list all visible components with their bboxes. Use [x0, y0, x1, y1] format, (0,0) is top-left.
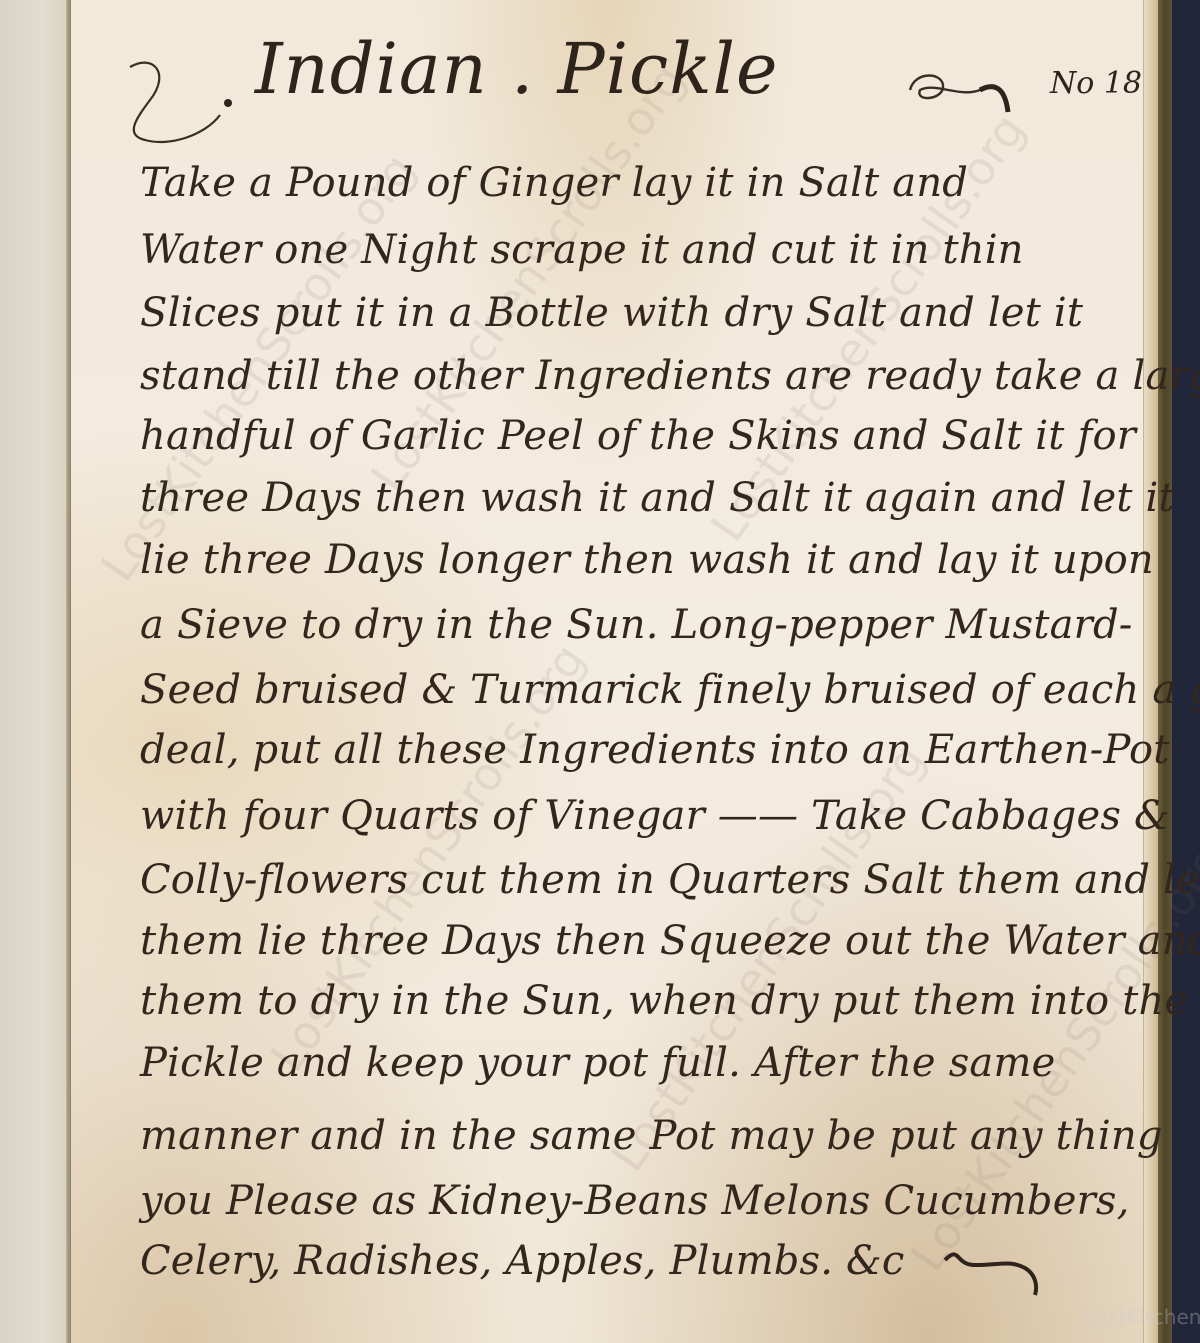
text-line: handful of Garlic Peel of the Skins and … [140, 413, 1136, 459]
right-flourish-icon [905, 60, 1015, 120]
facing-page [0, 0, 70, 1343]
recipe-title: Indian . Pickle [255, 28, 778, 110]
text-line: Take a Pound of Ginger lay it in Salt an… [140, 160, 968, 206]
text-line: Water one Night scrape it and cut it in … [140, 227, 1024, 273]
text-line: Celery, Radishes, Apples, Plumbs. &c [140, 1238, 904, 1284]
watermark-corner: LostKitchenScrolls.org [1085, 1305, 1200, 1329]
text-line: Slices put it in a Bottle with dry Salt … [140, 290, 1083, 336]
text-line: you Please as Kidney-Beans Melons Cucumb… [140, 1178, 1130, 1224]
text-line: deal, put all these Ingredients into an … [140, 727, 1170, 773]
recipe-number: No 18 [1050, 66, 1142, 101]
text-line: them to dry in the Sun, when dry put the… [140, 978, 1188, 1024]
text-line: Seed bruised & Turmarick finely bruised … [140, 667, 1200, 713]
text-line: lie three Days longer then wash it and l… [140, 537, 1154, 583]
left-flourish-icon [110, 55, 270, 155]
end-flourish-icon [940, 1240, 1050, 1300]
text-line: with four Quarts of Vinegar —— Take Cabb… [140, 793, 1170, 839]
text-line: manner and in the same Pot may be put an… [140, 1113, 1163, 1159]
text-line: Colly-flowers cut them in Quarters Salt … [140, 857, 1200, 903]
text-line: three Days then wash it and Salt it agai… [140, 475, 1175, 521]
text-line: stand till the other Ingredients are rea… [140, 353, 1200, 399]
text-line: them lie three Days then Squeeze out the… [140, 918, 1200, 964]
text-line: a Sieve to dry in the Sun. Long-pepper M… [140, 602, 1133, 648]
text-line: Pickle and keep your pot full. After the… [140, 1040, 1055, 1086]
